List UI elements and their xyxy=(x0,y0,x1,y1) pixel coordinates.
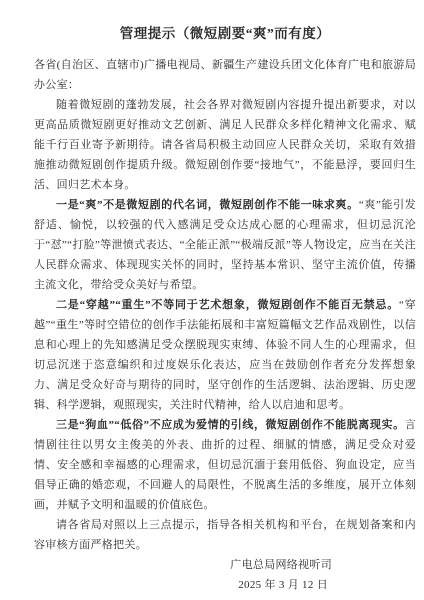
document-page: 管理提示（微短剧要“爽”而有度） 各省(自治区、直辖市)广播电视局、新疆生产建设… xyxy=(0,0,424,600)
point-2-body: “穿越”“重生”等时空错位的创作手法能拓展和丰富短篇幅文艺作品戏剧性，以信息和心… xyxy=(34,299,416,411)
intro-paragraph: 随着微短剧的蓬勃发展，社会各界对微短剧内容提升提出新要求，对以更高品质微短剧更好… xyxy=(34,95,416,195)
point-3-lead: 三是“狗血”“低俗”不应成为爱情的引线，微短剧创作不能脱离现实。 xyxy=(56,419,405,431)
point-paragraph-1: 一是“爽”不是微短剧的代名词，微短剧创作不能一味求爽。“爽”能引发舒适、愉悦，以… xyxy=(34,195,416,295)
point-paragraph-2: 二是“穿越”“重生”不等同于艺术想象，微短剧创作不能百无禁忌。“穿越”“重生”等… xyxy=(34,295,416,415)
document-title: 管理提示（微短剧要“爽”而有度） xyxy=(34,22,416,42)
point-2-lead: 二是“穿越”“重生”不等同于艺术想象，微短剧创作不能百无禁忌。 xyxy=(56,299,399,311)
date: 2025 年 3 月 12 日 xyxy=(34,575,416,595)
point-1-body: “爽”能引发舒适、愉悦，以较强的代入感满足受众达成心愿的心理需求，但切忌沉沦于“… xyxy=(34,199,416,291)
closing-paragraph: 请各省局对照以上三点提示，指导各相关机构和平台，在规划备案和内容审核方面严格把关… xyxy=(34,515,416,555)
point-1-lead: 一是“爽”不是微短剧的代名词，微短剧创作不能一味求爽。 xyxy=(56,199,359,211)
point-paragraph-3: 三是“狗血”“低俗”不应成为爱情的引线，微短剧创作不能脱离现实。言情剧往往以男女… xyxy=(34,415,416,515)
addressee-line: 各省(自治区、直辖市)广播电视局、新疆生产建设兵团文化体育广电和旅游局办公室： xyxy=(34,55,416,95)
point-3-body: 言情剧往往以男女主俊美的外表、曲折的过程、细腻的情感，满足受众对爱情、安全感和幸… xyxy=(34,419,416,511)
signature: 广电总局网络视听司 xyxy=(34,555,416,575)
